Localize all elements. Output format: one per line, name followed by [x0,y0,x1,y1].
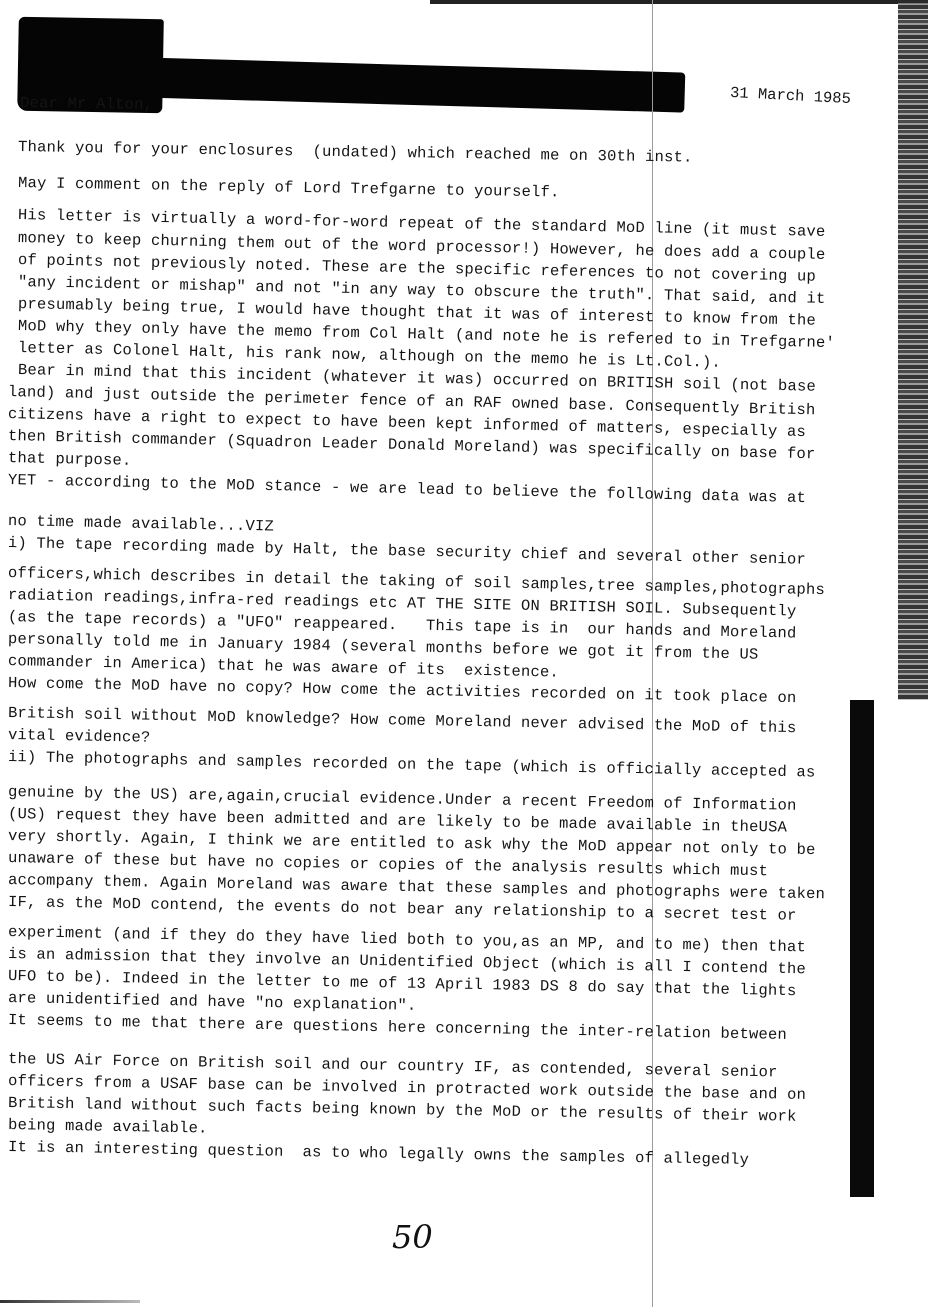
scanned-letter-page: Dear Mr Alton, 31 March 1985 Thank you f… [0,0,928,1307]
scan-right-edge [898,0,928,700]
letter-line: How come the MoD have no copy? How come … [8,676,797,707]
page-number: 50 [392,1218,433,1256]
letter-line: that purpose. [8,451,132,469]
salutation: Dear Mr Alton, [20,96,153,113]
letter-line: are unidentified and have "no explanatio… [8,991,417,1014]
letter-line: being made available. [8,1118,208,1137]
scan-right-bar [850,700,874,1197]
letter-line: May I comment on the reply of Lord Trefg… [18,176,560,201]
letter-line: Thank you for your enclosures (undated) … [18,140,693,166]
letter-line: no time made available...VIZ [8,514,274,535]
letter-line: ii) The photographs and samples recorded… [8,750,816,781]
letter-date: 31 March 1985 [730,84,852,108]
letter-line: YET - according to the MoD stance - we a… [8,473,806,507]
letter-line: It is an interesting question as to who … [8,1140,749,1168]
scan-bottom-edge [0,1300,140,1303]
letter-line: i) The tape recording made by Halt, the … [8,536,806,568]
letter-line: vital evidence? [8,728,151,746]
letter-line: It seems to me that there are questions … [8,1013,787,1043]
scan-top-edge [430,0,928,4]
